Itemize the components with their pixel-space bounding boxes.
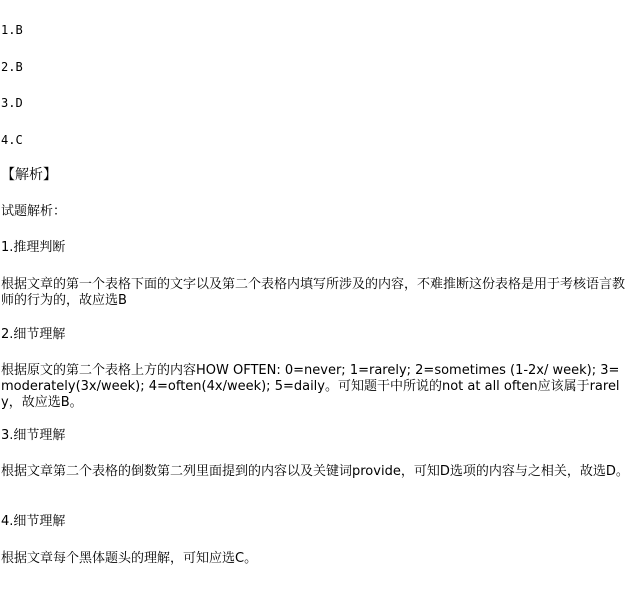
- analysis-section-title: 【解析】: [1, 167, 57, 183]
- analysis-item-3-body: 根据文章第二个表格的倒数第二列里面提到的内容以及关键词provide，可知D选项…: [1, 464, 629, 480]
- analysis-item-4-heading: 4.细节理解: [1, 514, 65, 530]
- analysis-item-3-heading: 3.细节理解: [1, 428, 65, 444]
- answer-3: 3.D: [1, 95, 23, 111]
- answer-4: 4.C: [1, 132, 23, 148]
- answer-2: 2.B: [1, 59, 23, 75]
- analysis-item-2-heading: 2.细节理解: [1, 327, 65, 343]
- analysis-item-4-body: 根据文章每个黑体题头的理解，可知应选C。: [1, 551, 629, 567]
- analysis-item-1-heading: 1.推理判断: [1, 240, 65, 256]
- analysis-item-1-body: 根据文章的第一个表格下面的文字以及第二个表格内填写所涉及的内容，不难推断这份表格…: [1, 277, 629, 309]
- answer-1: 1.B: [1, 22, 23, 38]
- analysis-item-2-body: 根据原文的第二个表格上方的内容HOW OFTEN: 0=never; 1=rar…: [1, 363, 629, 411]
- analysis-intro: 试题解析：: [1, 204, 66, 220]
